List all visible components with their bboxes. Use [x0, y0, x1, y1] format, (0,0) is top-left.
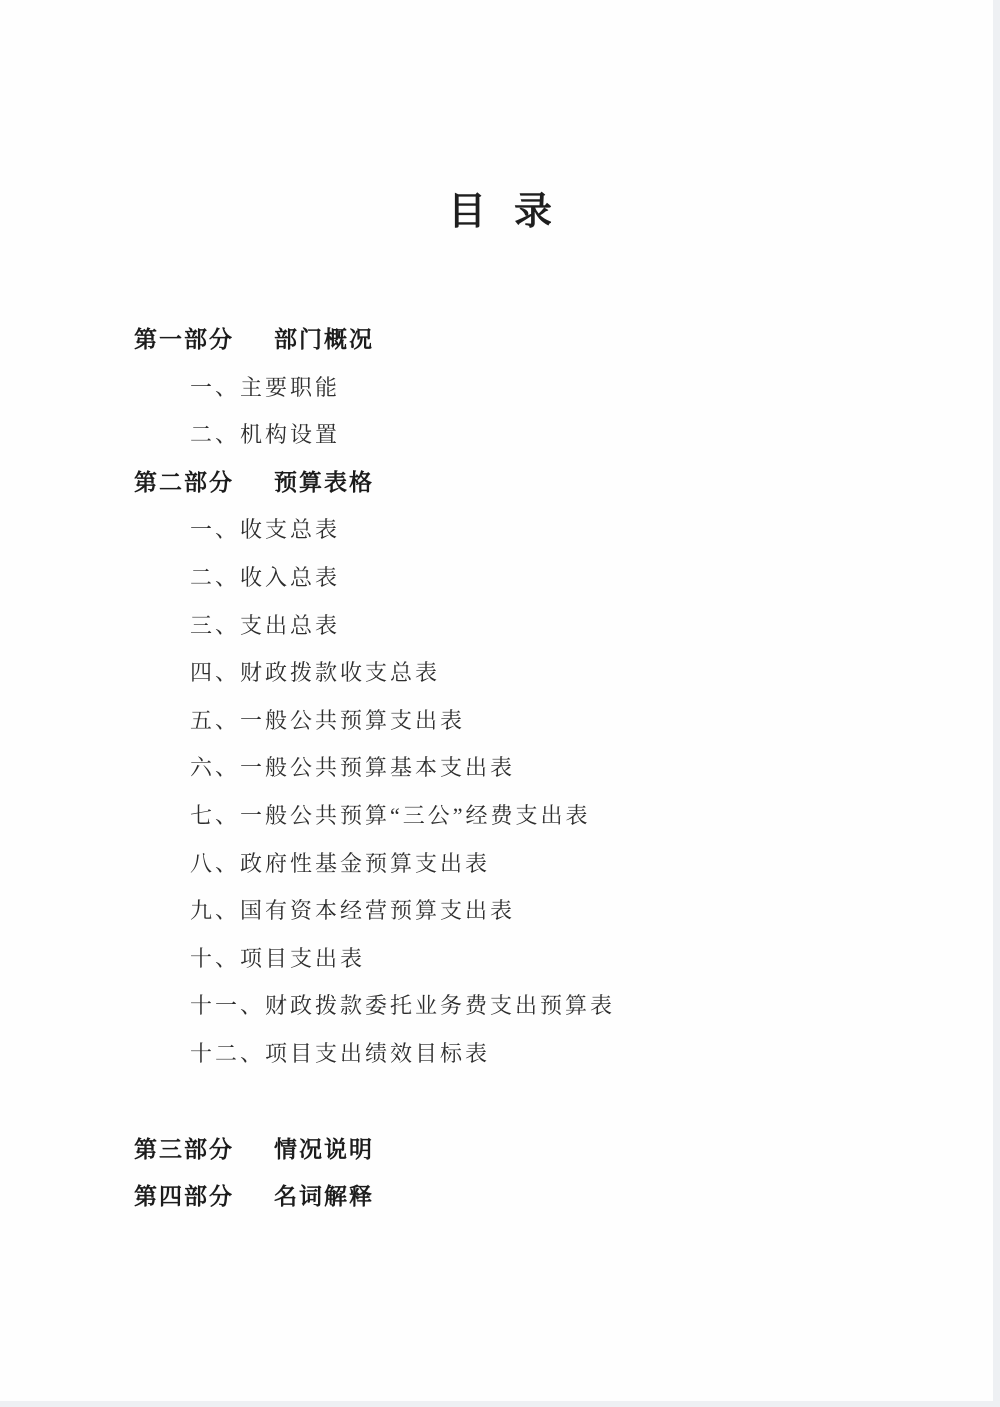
toc-item: 五、一般公共预算支出表: [134, 697, 960, 745]
toc-item: 四、财政拨款收支总表: [134, 649, 960, 697]
toc-item: 一、收支总表: [134, 506, 960, 554]
toc-section-number: 第四部分: [134, 1183, 234, 1209]
toc-section-title: 预算表格: [274, 469, 374, 495]
toc-section: 第一部分部门概况一、主要职能二、机构设置: [134, 316, 960, 459]
title-char-right: 录: [514, 191, 552, 235]
toc-item: 十二、项目支出绩效目标表: [134, 1030, 960, 1078]
toc-section: 第四部分名词解释: [134, 1173, 960, 1221]
page-title: 目 录: [0, 191, 1000, 235]
toc-section-number: 第三部分: [134, 1136, 234, 1162]
toc-item: 十、项目支出表: [134, 935, 960, 983]
toc-item: 九、国有资本经营预算支出表: [134, 887, 960, 935]
toc-section-heading: 第三部分情况说明: [134, 1126, 960, 1174]
toc-item: 二、机构设置: [134, 411, 960, 459]
toc-section-number: 第二部分: [134, 469, 234, 495]
toc-section-title: 部门概况: [274, 326, 374, 352]
toc-section: 第三部分情况说明: [134, 1126, 960, 1174]
table-of-contents: 第一部分部门概况一、主要职能二、机构设置第二部分预算表格一、收支总表二、收入总表…: [134, 316, 960, 1221]
scan-edge-right: [993, 0, 1000, 1407]
document-page: 目 录 第一部分部门概况一、主要职能二、机构设置第二部分预算表格一、收支总表二、…: [0, 0, 1000, 1407]
toc-item: 三、支出总表: [134, 602, 960, 650]
toc-item: 二、收入总表: [134, 554, 960, 602]
toc-section-heading: 第四部分名词解释: [134, 1173, 960, 1221]
toc-section-number: 第一部分: [134, 326, 234, 352]
toc-section-heading: 第一部分部门概况: [134, 316, 960, 364]
toc-item: 十一、财政拨款委托业务费支出预算表: [134, 982, 960, 1030]
toc-section: 第二部分预算表格一、收支总表二、收入总表三、支出总表四、财政拨款收支总表五、一般…: [134, 459, 960, 1078]
toc-item: 七、一般公共预算“三公”经费支出表: [134, 792, 960, 840]
toc-section-heading: 第二部分预算表格: [134, 459, 960, 507]
toc-section-title: 名词解释: [274, 1183, 374, 1209]
toc-item: 一、主要职能: [134, 364, 960, 412]
toc-section-title: 情况说明: [274, 1136, 374, 1162]
scan-edge-bottom: [0, 1401, 1000, 1407]
title-char-left: 目: [448, 191, 486, 235]
toc-item: 八、政府性基金预算支出表: [134, 840, 960, 888]
toc-item: 六、一般公共预算基本支出表: [134, 744, 960, 792]
